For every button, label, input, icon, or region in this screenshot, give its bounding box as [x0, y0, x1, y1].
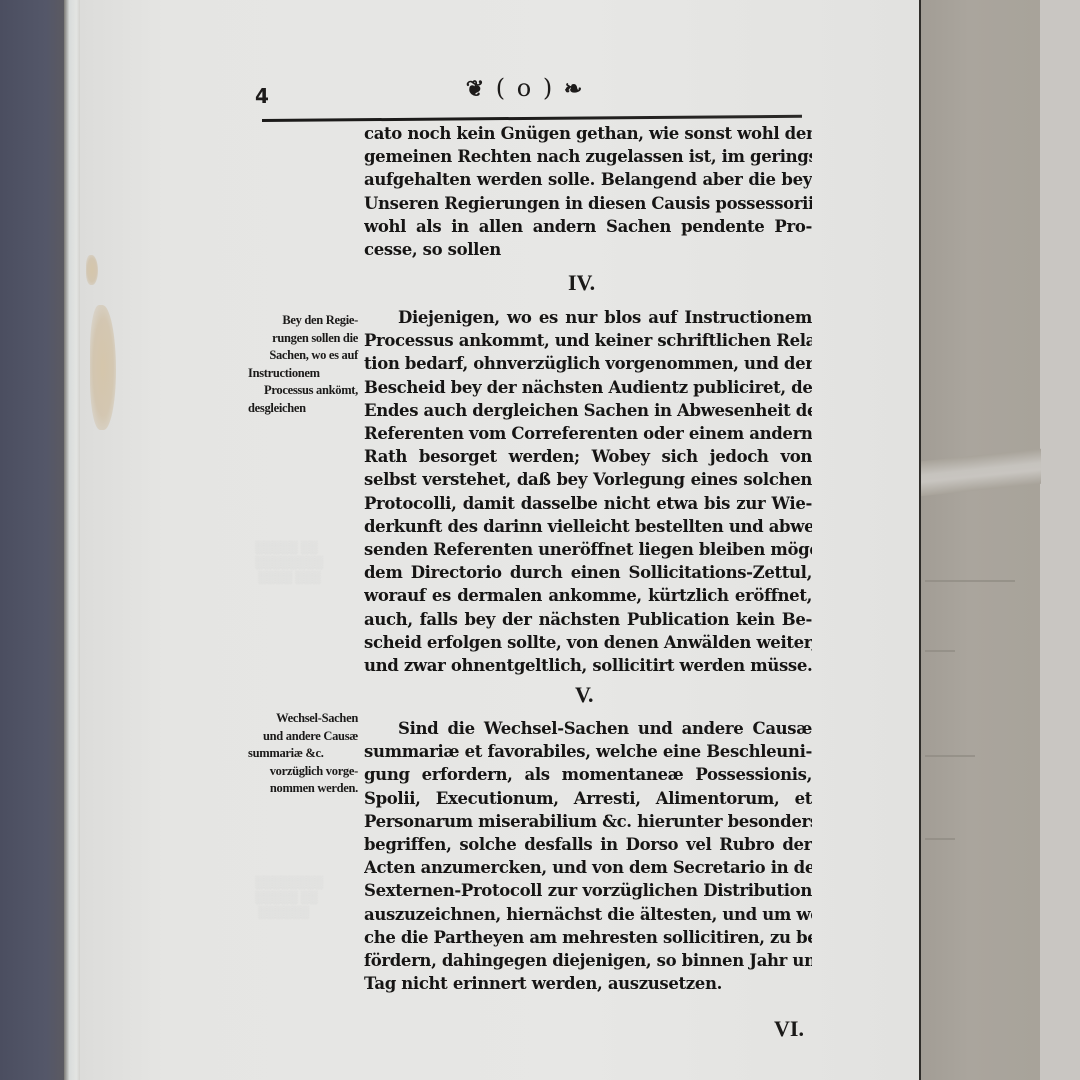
text-line: dem Directorio durch einen Sollicitation…	[364, 561, 812, 584]
dark-backdrop	[0, 0, 66, 1080]
marginal-line: Wechsel-Sachen	[248, 710, 358, 728]
paragraph-section-v: Sind die Wechsel-Sachen und andere Causæ…	[364, 717, 812, 995]
binding-crack	[925, 580, 1015, 582]
text-line: gung erfordern, als momentaneæ Possessio…	[364, 763, 812, 786]
text-line: wohl als in allen andern Sachen pendente…	[364, 215, 812, 238]
page-number: 4	[255, 84, 269, 108]
marginal-line: nommen werden.	[248, 780, 358, 798]
text-line: worauf es dermalen ankomme, kürtzlich er…	[364, 584, 812, 607]
text-line: cesse, so sollen	[364, 238, 812, 261]
text-line: cato noch kein Gnügen gethan, wie sonst …	[364, 122, 812, 145]
ornament-left-icon: ❦	[466, 76, 486, 102]
text-line: auch, falls bey der nächsten Publication…	[364, 608, 812, 631]
text-line: senden Referenten uneröffnet liegen blei…	[364, 538, 812, 561]
text-line: scheid erfolgen sollte, von denen Anwäld…	[364, 631, 812, 654]
text-line: gemeinen Rechten nach zugelassen ist, im…	[364, 145, 812, 168]
text-line: Acten anzumercken, und von dem Secretari…	[364, 856, 812, 879]
text-line: derkunft des darinn vielleicht bestellte…	[364, 515, 812, 538]
binding-strip	[921, 0, 1041, 1080]
paragraph-continuation: cato noch kein Gnügen gethan, wie sonst …	[364, 122, 812, 261]
marginal-line: und andere Causæ	[248, 728, 358, 746]
section-number-v: V.	[575, 682, 594, 708]
text-line: Rath besorget werden; Wobey sich jedoch …	[364, 445, 812, 468]
text-line: Referenten vom Correferenten oder einem …	[364, 422, 812, 445]
binding-crack	[925, 755, 975, 757]
catchword: VI.	[774, 1016, 804, 1042]
text-line: Processus ankommt, und keiner schriftlic…	[364, 329, 812, 352]
marginal-line: Instructionem	[248, 365, 358, 383]
binding-crack	[925, 838, 955, 840]
marginal-note-v: Wechsel-Sachen und andere Causæ summariæ…	[248, 710, 358, 798]
running-head-text: ( o )	[496, 74, 554, 102]
facing-page-edge	[1040, 0, 1080, 1080]
marginal-line: Bey den Regie-	[248, 312, 358, 330]
text-line: Tag nicht erinnert werden, auszusetzen.	[364, 972, 812, 995]
text-line: Endes auch dergleichen Sachen in Abwesen…	[364, 399, 812, 422]
ornament-right-icon: ❧	[564, 76, 584, 102]
text-line: tion bedarf, ohnverzüglich vorgenommen, …	[364, 352, 812, 375]
water-stain	[90, 305, 116, 430]
text-line: Sexternen-Protocoll zur vorzüglichen Dis…	[364, 879, 812, 902]
text-line: selbst verstehet, daß bey Vorlegung eine…	[364, 468, 812, 491]
paragraph-section-iv: Diejenigen, wo es nur blos auf Instructi…	[364, 306, 812, 677]
section-number-iv: IV.	[568, 270, 595, 296]
marginal-line: vorzüglich vorge-	[248, 763, 358, 781]
text-line: Bescheid bey der nächsten Audientz publi…	[364, 376, 812, 399]
binding-crack	[925, 650, 955, 652]
text-line: Spolii, Executionum, Arresti, Alimentoru…	[364, 787, 812, 810]
water-stain	[86, 255, 98, 285]
running-head: ❦ ( o ) ❧	[445, 74, 605, 102]
bleed-through: ░░░░░ ░░░░░░░░░░ ░░░░ ░░░	[255, 540, 323, 585]
text-line: Unseren Regierungen in diesen Causis pos…	[364, 192, 812, 215]
marginal-line: rungen sollen die	[248, 330, 358, 348]
marginal-line: summariæ &c.	[248, 745, 358, 763]
marginal-line: Processus ankömt,	[248, 382, 358, 400]
marginal-line: Sachen, wo es auf	[248, 347, 358, 365]
text-line: Protocolli, damit dasselbe nicht etwa bi…	[364, 492, 812, 515]
text-line: begriffen, solche desfalls in Dorso vel …	[364, 833, 812, 856]
text-line: auszuzeichnen, hiernächst die ältesten, …	[364, 903, 812, 926]
text-line: summariæ et favorabiles, welche eine Bes…	[364, 740, 812, 763]
marginal-note-iv: Bey den Regie- rungen sollen die Sachen,…	[248, 312, 358, 417]
text-line: Personarum miserabilium &c. hierunter be…	[364, 810, 812, 833]
text-line: aufgehalten werden solle. Belangend aber…	[364, 168, 812, 191]
text-line: Sind die Wechsel-Sachen und andere Causæ	[364, 717, 812, 740]
text-line: Diejenigen, wo es nur blos auf Instructi…	[364, 306, 812, 329]
text-line: und zwar ohnentgeltlich, sollicitirt wer…	[364, 654, 812, 677]
text-line: fördern, dahingegen diejenigen, so binne…	[364, 949, 812, 972]
marginal-line: desgleichen	[248, 400, 358, 418]
text-line: che die Partheyen am mehresten solliciti…	[364, 926, 812, 949]
bleed-through: ░░░░░░░░░░░░░ ░░ ░░░░░░	[255, 875, 323, 920]
